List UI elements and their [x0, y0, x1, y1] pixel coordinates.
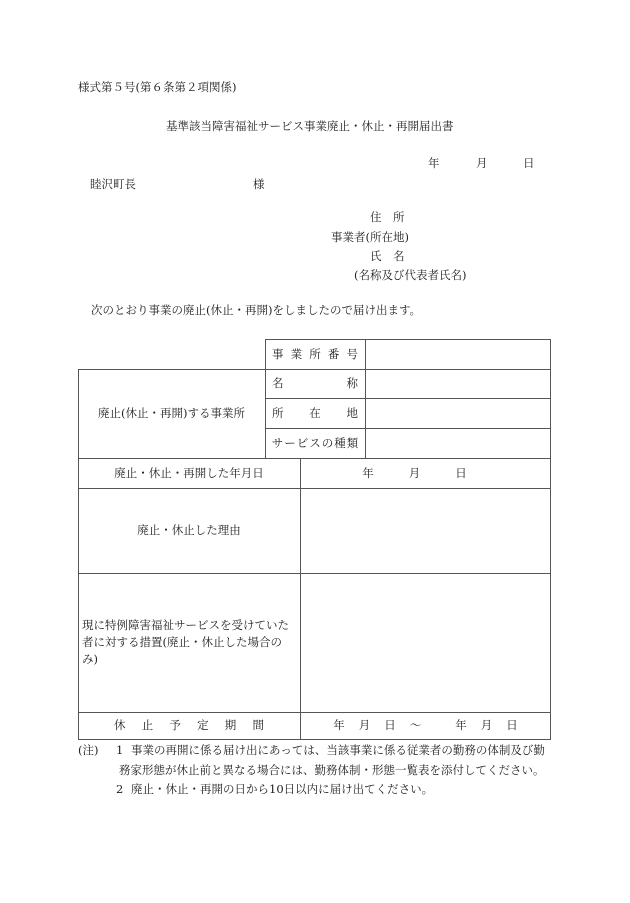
- measures-label: 現に特例障害福祉サービスを受けていた者に対する措置(廃止・休止した場合のみ): [82, 573, 296, 712]
- notes-prefix: (注): [78, 745, 98, 757]
- date-field-year: 年: [362, 465, 374, 482]
- service-type-label: サービスの種類: [266, 428, 365, 458]
- notification-form-table: 廃止(休止・再開)する事業所 事 業 所 番 号 名 称 所 在 地 サービスの…: [78, 339, 551, 740]
- document-title: 基準該当障害福祉サービス事業廃止・休止・再開届出書: [166, 121, 454, 133]
- facility-name-label: 名 称: [272, 369, 358, 398]
- name-label: 氏 名: [370, 251, 405, 263]
- date-month: 月: [476, 158, 488, 170]
- name-note: (名称及び代表者氏名): [354, 270, 466, 282]
- note-2-number: 2: [116, 784, 123, 796]
- reason-field[interactable]: [301, 488, 550, 573]
- office-number-field[interactable]: [366, 339, 550, 369]
- date-day: 日: [523, 158, 535, 170]
- period-label: 休 止 予 定 期 間: [114, 712, 264, 739]
- period-field[interactable]: 年 月 日 ～ 年 月 日: [301, 712, 550, 739]
- intro-text: 次のとおり事業の廃止(休止・再開)をしましたので届け出ます。: [91, 305, 421, 317]
- date-field-day: 日: [455, 465, 467, 482]
- operator-label: 事業者(所在地): [331, 232, 409, 244]
- office-number-label: 事 業 所 番 号: [272, 339, 358, 369]
- date-year: 年: [428, 158, 440, 170]
- note-1-line2: 務家形態が休止前と異なる場合には、勤務体制・形態一覧表を添付してください。: [119, 765, 545, 777]
- note-1-number: 1: [116, 745, 123, 757]
- date-label: 廃止・休止・再開した年月日: [78, 458, 300, 488]
- note-2-line1: 廃止・休止・再開の日から10日以内に届け出てください。: [131, 784, 433, 796]
- date-field-month: 月: [409, 465, 421, 482]
- note-1-line1: 事業の再開に係る届け出にあっては、当該事業に係る従業者の勤務の体制及び勤: [131, 745, 545, 757]
- honorific: 様: [253, 179, 265, 191]
- measures-field[interactable]: [301, 573, 550, 712]
- date-field[interactable]: 年 月 日: [301, 458, 550, 488]
- reason-label: 廃止・休止した理由: [78, 488, 300, 573]
- facility-location-field[interactable]: [366, 398, 550, 428]
- form-number: 様式第５号(第６条第２項関係): [78, 82, 236, 94]
- address-label: 住 所: [370, 212, 405, 224]
- facility-location-label: 所 在 地: [272, 398, 358, 428]
- service-type-field[interactable]: [366, 428, 550, 458]
- addressee: 睦沢町長: [90, 179, 136, 191]
- facility-name-field[interactable]: [366, 369, 550, 398]
- facility-group-label: 廃止(休止・再開)する事業所: [78, 369, 265, 458]
